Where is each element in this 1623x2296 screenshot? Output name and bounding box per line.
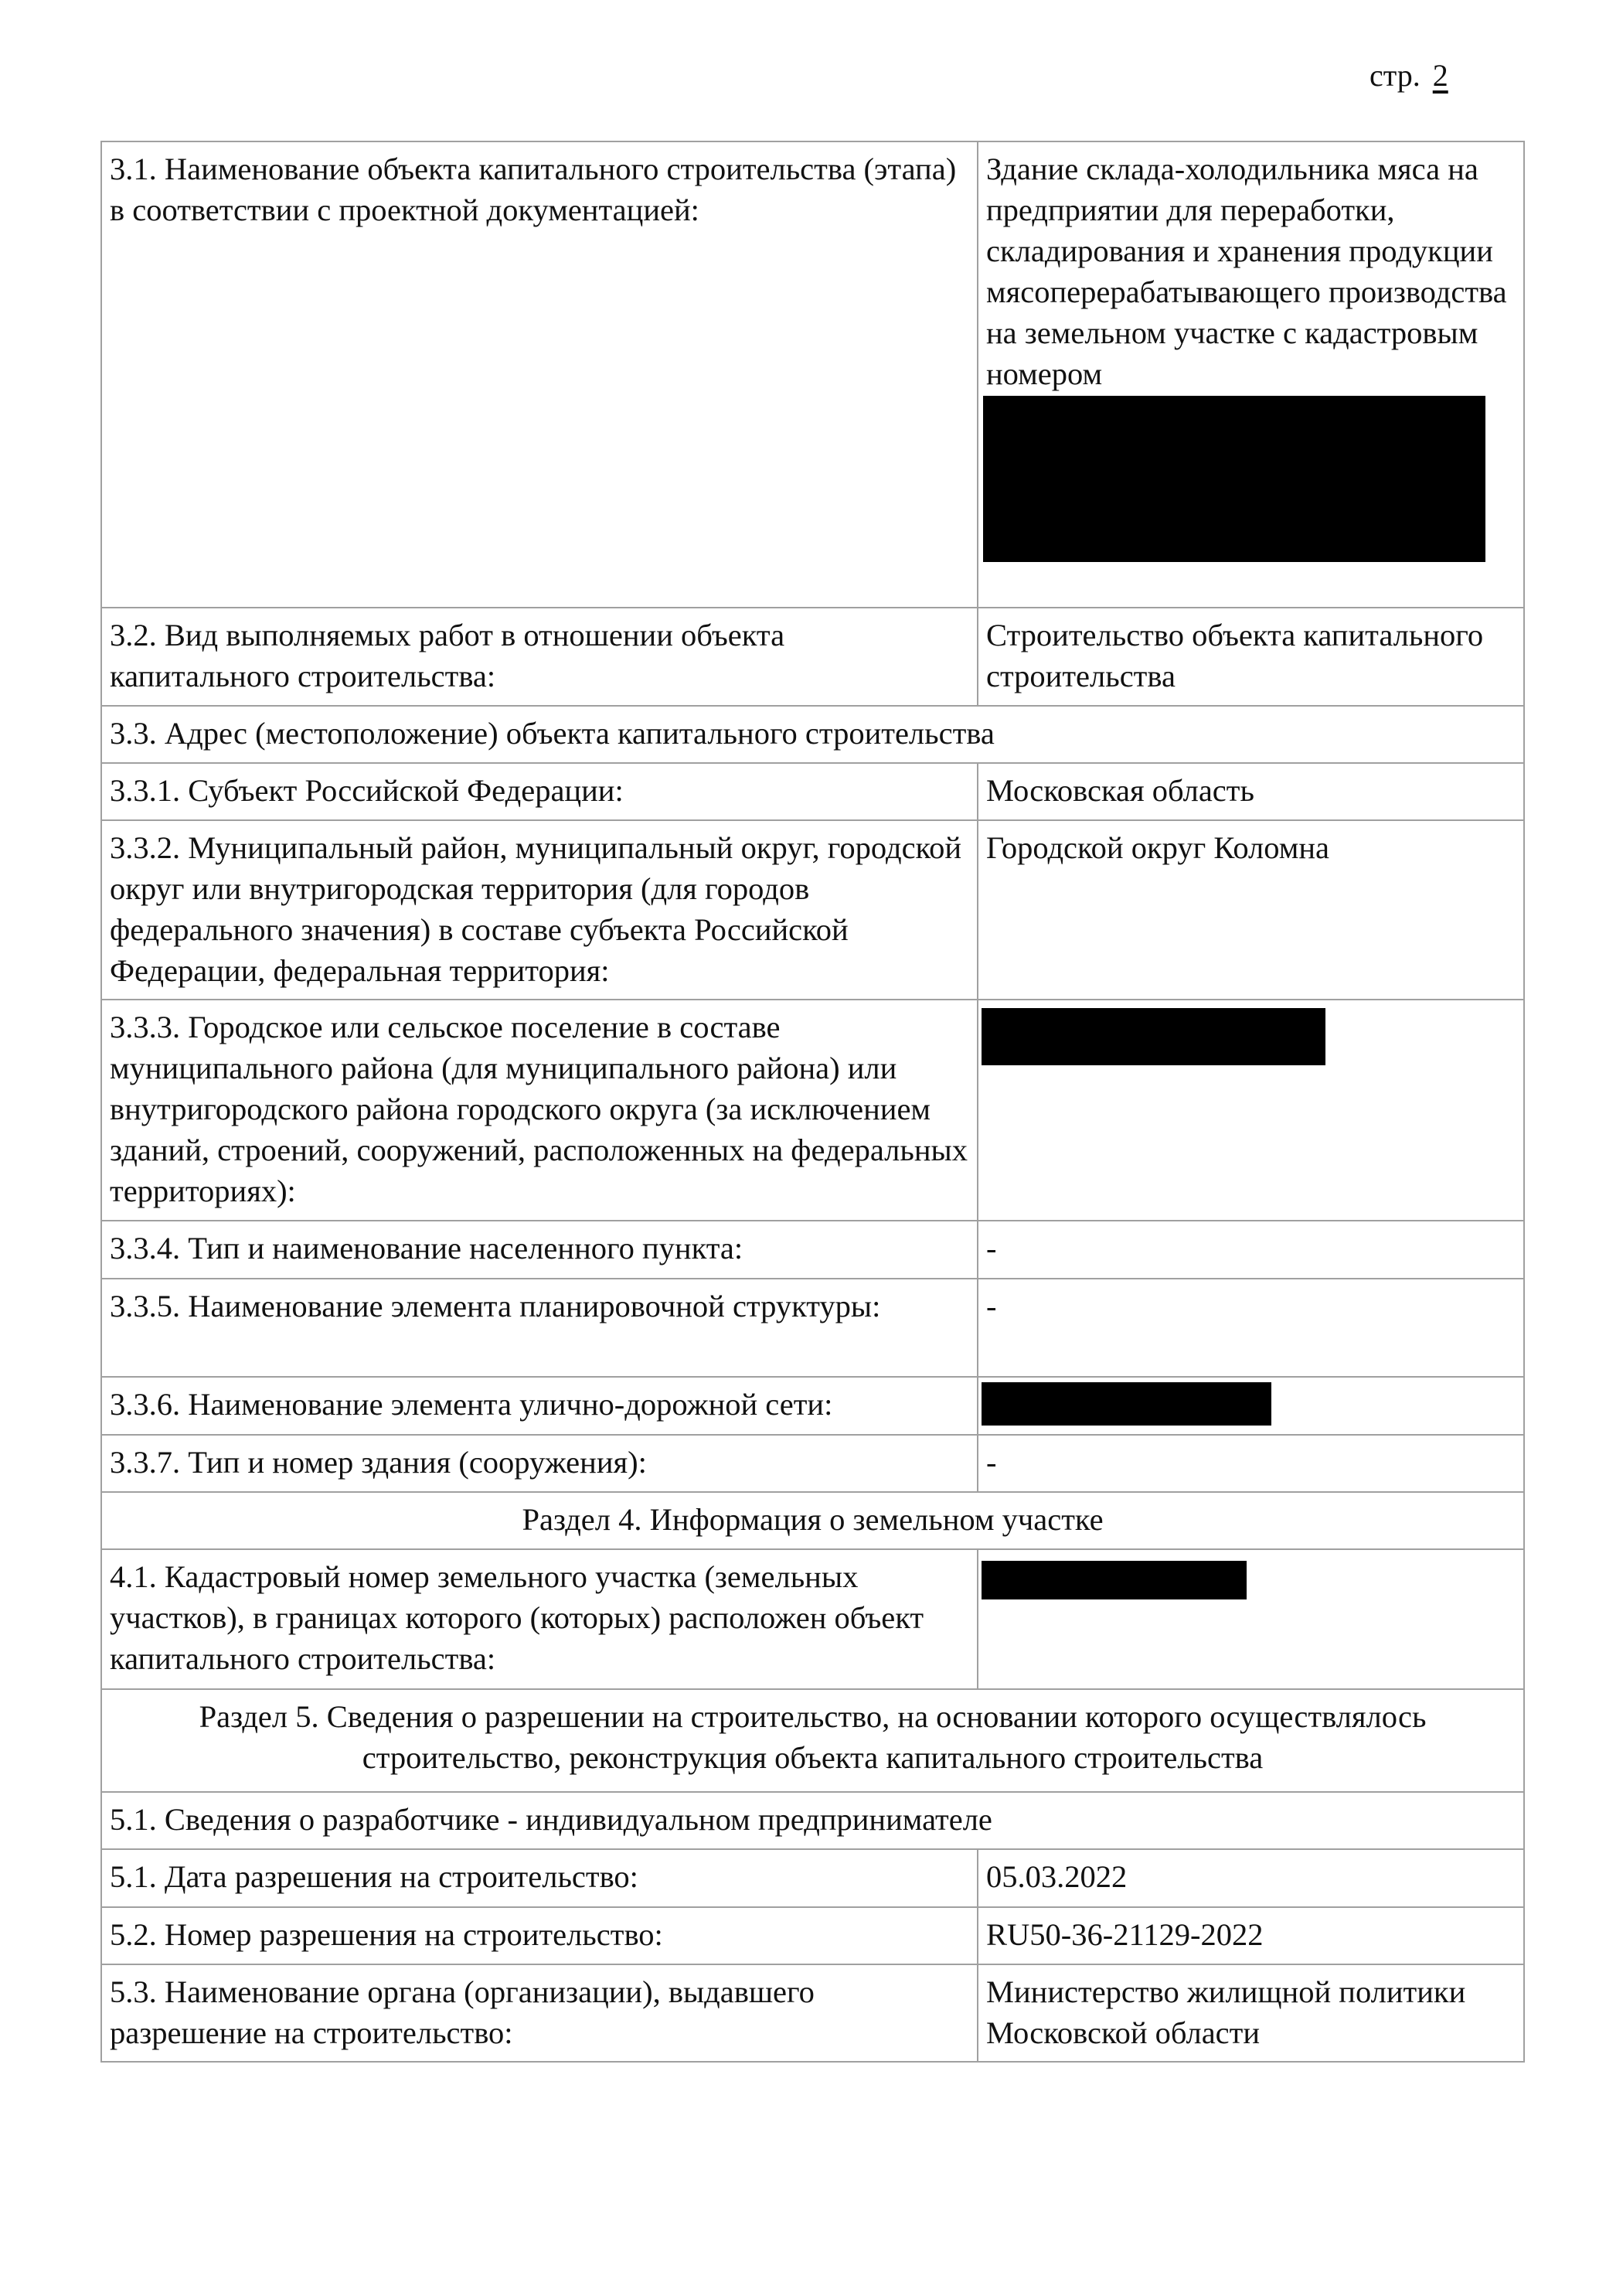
redaction-block [982,1382,1271,1426]
value-3-3-3 [978,1000,1524,1221]
label-3-3-7: 3.3.7. Тип и номер здания (сооружения): [101,1435,978,1492]
label-3-3-1: 3.3.1. Субъект Российской Федерации: [101,763,978,820]
value-3-3-5: - [978,1279,1524,1377]
label-3-3-6: 3.3.6. Наименование элемента улично-доро… [101,1377,978,1435]
value-3-3-6 [978,1377,1524,1435]
label-5-2: 5.2. Номер разрешения на строительство: [101,1907,978,1964]
table-row-5-2: 5.2. Номер разрешения на строительство: … [101,1907,1524,1964]
value-3-3-7: - [978,1435,1524,1492]
label-4-1: 4.1. Кадастровый номер земельного участк… [101,1549,978,1689]
value-3-3-1: Московская область [978,763,1524,820]
table-row-5-1-developer: 5.1. Сведения о разработчике - индивидуа… [101,1792,1524,1849]
label-3-1: 3.1. Наименование объекта капитального с… [101,141,978,608]
table-row-3-3-6: 3.3.6. Наименование элемента улично-доро… [101,1377,1524,1435]
label-3-3-3: 3.3.3. Городское или сельское поселение … [101,1000,978,1221]
redaction-block [983,396,1485,562]
section-5-header: Раздел 5. Сведения о разрешении на строи… [101,1689,1524,1792]
page-label: стр. [1370,58,1421,93]
page-number-value: 2 [1421,57,1459,94]
value-3-3-2: Городской округ Коломна [978,820,1524,1000]
value-5-2: RU50-36-21129-2022 [978,1907,1524,1964]
table-row-4-1: 4.1. Кадастровый номер земельного участк… [101,1549,1524,1689]
redaction-block [982,1561,1247,1599]
permit-table: 3.1. Наименование объекта капитального с… [100,141,1525,2063]
table-row-3-3-7: 3.3.7. Тип и номер здания (сооружения): … [101,1435,1524,1492]
redaction-block [982,1008,1325,1065]
value-5-3: Министерство жилищной политики Московско… [978,1964,1524,2062]
label-5-3: 5.3. Наименование органа (организации), … [101,1964,978,2062]
label-5-1-developer: 5.1. Сведения о разработчике - индивидуа… [101,1792,1524,1849]
value-3-1: Здание склада-холодильника мяса на предп… [978,141,1524,608]
table-row-3-3-3: 3.3.3. Городское или сельское поселение … [101,1000,1524,1221]
table-row-3-1: 3.1. Наименование объекта капитального с… [101,141,1524,608]
label-3-2: 3.2. Вид выполняемых работ в отношении о… [101,608,978,706]
label-3-3: 3.3. Адрес (местоположение) объекта капи… [101,706,1524,763]
page-number: стр.2 [1370,57,1459,94]
value-3-3-4: - [978,1221,1524,1279]
value-3-2: Строительство объекта капитального строи… [978,608,1524,706]
table-row-3-2: 3.2. Вид выполняемых работ в отношении о… [101,608,1524,706]
table-row-3-3-1: 3.3.1. Субъект Российской Федерации: Мос… [101,763,1524,820]
table-row-3-3-5: 3.3.5. Наименование элемента планировочн… [101,1279,1524,1377]
table-row-3-3-4: 3.3.4. Тип и наименование населенного пу… [101,1221,1524,1279]
table-row-5-3: 5.3. Наименование органа (организации), … [101,1964,1524,2062]
table-row-5-1: 5.1. Дата разрешения на строительство: 0… [101,1849,1524,1907]
section-4-title: Раздел 4. Информация о земельном участке [101,1492,1524,1549]
section-4-header: Раздел 4. Информация о земельном участке [101,1492,1524,1549]
label-3-3-5: 3.3.5. Наименование элемента планировочн… [101,1279,978,1377]
value-3-1-text: Здание склада-холодильника мяса на предп… [986,148,1516,394]
label-3-3-2: 3.3.2. Муниципальный район, муниципальны… [101,820,978,1000]
table-row-3-3-2: 3.3.2. Муниципальный район, муниципальны… [101,820,1524,1000]
label-5-1: 5.1. Дата разрешения на строительство: [101,1849,978,1907]
value-5-1: 05.03.2022 [978,1849,1524,1907]
value-4-1 [978,1549,1524,1689]
table-row-3-3: 3.3. Адрес (местоположение) объекта капи… [101,706,1524,763]
label-3-3-4: 3.3.4. Тип и наименование населенного пу… [101,1221,978,1279]
section-5-title: Раздел 5. Сведения о разрешении на строи… [101,1689,1524,1792]
